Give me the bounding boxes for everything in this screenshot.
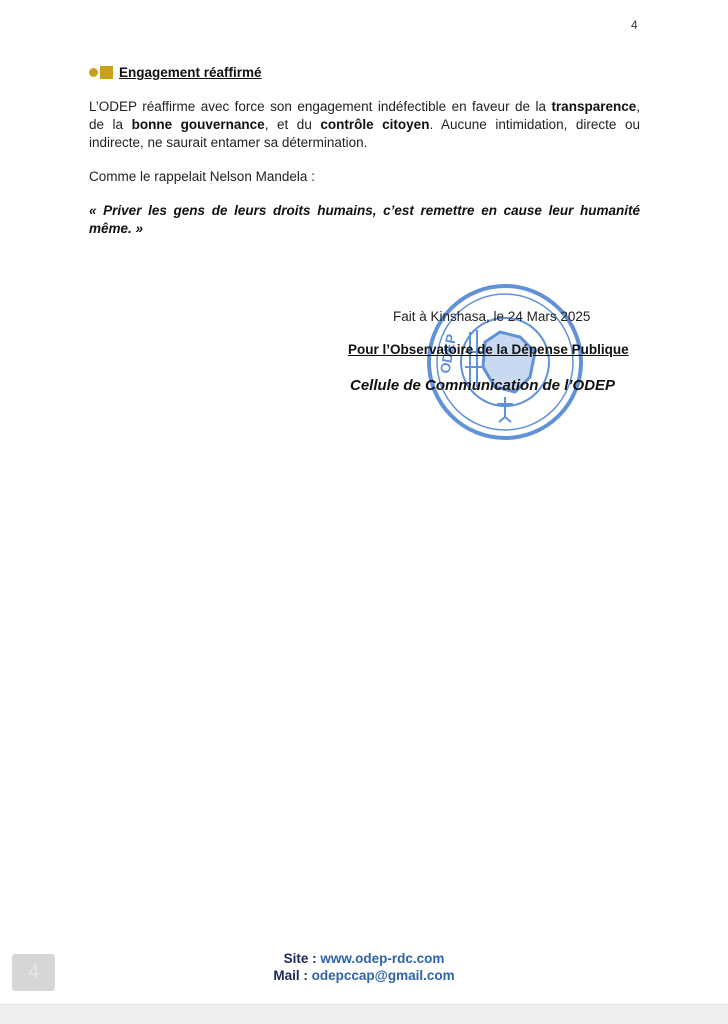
footer-site: Site : www.odep-rdc.com — [0, 951, 728, 966]
bold-controle: contrôle citoyen — [320, 117, 429, 132]
mail-label: Mail : — [273, 968, 311, 983]
text: L’ODEP réaffirme avec force son engageme… — [89, 99, 551, 114]
bold-gouvernance: bonne gouvernance — [132, 117, 265, 132]
site-link[interactable]: www.odep-rdc.com — [320, 951, 444, 966]
site-label: Site : — [284, 951, 321, 966]
place-date: Fait à Kinshasa, le 24 Mars 2025 — [393, 309, 590, 324]
mail-link[interactable]: odepccap@gmail.com — [312, 968, 455, 983]
mandela-quote: « Priver les gens de leurs droits humain… — [89, 202, 640, 238]
heading-text: Engagement réaffirmé — [119, 65, 262, 80]
bold-transparence: transparence — [551, 99, 636, 114]
footer-mail: Mail : odepccap@gmail.com — [0, 968, 728, 983]
viewer-bottom-bar — [0, 1004, 728, 1024]
bullet-circle-icon — [89, 68, 98, 77]
section-heading: Engagement réaffirmé — [89, 65, 262, 80]
commitment-paragraph: L’ODEP réaffirme avec force son engageme… — [89, 98, 640, 152]
text: , et du — [265, 117, 321, 132]
communication-cell: Cellule de Communication de l’ODEP — [350, 377, 615, 394]
page-number: 4 — [631, 18, 638, 32]
official-stamp-icon: ODEP — [425, 282, 585, 442]
bullet-square-icon — [100, 66, 113, 79]
organization-signature: Pour l’Observatoire de la Dépense Publiq… — [348, 342, 629, 357]
page-thumbnail-button[interactable]: 4 — [12, 954, 55, 991]
mandela-intro: Comme le rappelait Nelson Mandela : — [89, 168, 640, 186]
